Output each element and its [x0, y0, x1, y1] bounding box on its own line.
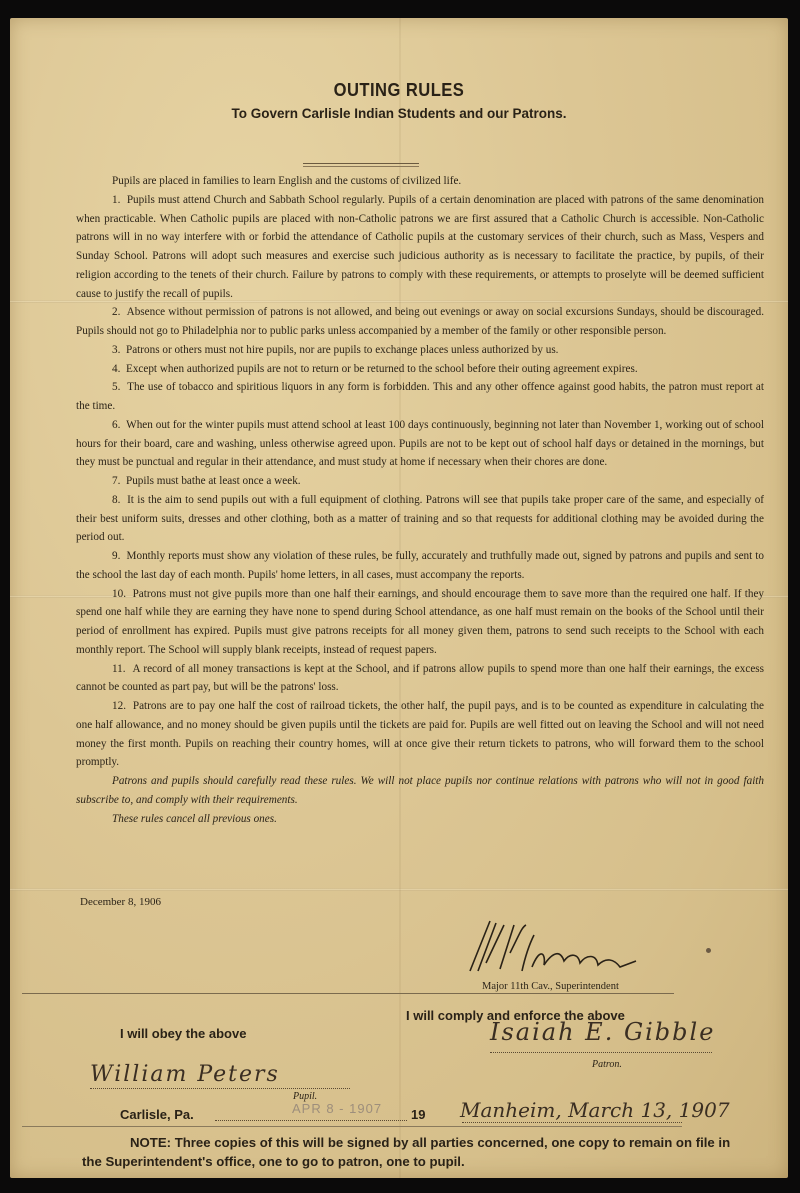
rule-number: 1.	[112, 194, 120, 206]
rule-text: Monthly reports must show any violation …	[76, 550, 764, 581]
rule-text: It is the aim to send pupils out with a …	[76, 494, 764, 544]
pupil-signature-line	[90, 1088, 350, 1089]
patron-signature-line	[490, 1052, 712, 1053]
rule-text: Patrons must not give pupils more than o…	[76, 588, 764, 656]
rule-number: 5.	[112, 381, 120, 393]
patron-label: Patron.	[592, 1059, 622, 1070]
rule-item: 5. The use of tobacco and spiritious liq…	[76, 378, 764, 416]
rule-number: 10.	[112, 588, 126, 600]
date-stamp: APR 8 - 1907	[292, 1101, 382, 1116]
rule-number: 12.	[112, 700, 126, 712]
pupil-signature: William Peters	[90, 1062, 280, 1087]
rule-text: Pupils must bathe at least once a week.	[126, 475, 301, 487]
rule-text: When out for the winter pupils must atte…	[76, 419, 764, 469]
rule-item: 3. Patrons or others must not hire pupil…	[76, 341, 764, 360]
rule-number: 7.	[112, 475, 120, 487]
rule-text: Patrons or others must not hire pupils, …	[126, 344, 559, 356]
rule-item: 9. Monthly reports must show any violati…	[76, 547, 764, 585]
rule-text: A record of all money transactions is ke…	[76, 663, 764, 694]
intro-paragraph: Pupils are placed in families to learn E…	[76, 172, 764, 191]
obey-heading: I will obey the above	[120, 1026, 246, 1041]
date-line	[215, 1120, 407, 1121]
rule-item: 11. A record of all money transactions i…	[76, 660, 764, 698]
rules-body: Pupils are placed in families to learn E…	[76, 172, 764, 828]
paper-spot	[706, 948, 711, 953]
rule-text: Absence without permission of patrons is…	[76, 306, 764, 337]
rule-text: Pupils must attend Church and Sabbath Sc…	[76, 194, 764, 300]
rule-number: 11.	[112, 663, 126, 675]
place-printed: Carlisle, Pa.	[120, 1107, 194, 1122]
cancel-note: These rules cancel all previous ones.	[76, 810, 764, 829]
rule-number: 4.	[112, 363, 120, 375]
document-paper: OUTING RULES To Govern Carlisle Indian S…	[10, 18, 788, 1178]
rule-number: 3.	[112, 344, 120, 356]
superintendent-signature	[460, 913, 650, 983]
rule-item: 8. It is the aim to send pupils out with…	[76, 491, 764, 547]
document-date: December 8, 1906	[80, 896, 161, 908]
patron-signature: Isaiah E. Gibble	[490, 1018, 715, 1046]
rule-text: Except when authorized pupils are not to…	[126, 363, 638, 375]
signature-divider	[22, 993, 674, 994]
rule-text: The use of tobacco and spiritious liquor…	[76, 381, 764, 412]
rule-item: 10. Patrons must not give pupils more th…	[76, 585, 764, 660]
year-prefix: 19	[411, 1107, 425, 1122]
rules-list: 1. Pupils must attend Church and Sabbath…	[76, 191, 764, 772]
rule-item: 6. When out for the winter pupils must a…	[76, 416, 764, 472]
superintendent-title: Major 11th Cav., Superintendent	[482, 981, 619, 992]
note-text: NOTE: Three copies of this will be signe…	[82, 1133, 746, 1171]
rule-number: 2.	[112, 306, 120, 318]
place-date-line	[462, 1122, 682, 1123]
rule-number: 8.	[112, 494, 120, 506]
document-title: OUTING RULES	[41, 80, 757, 101]
title-rule	[303, 163, 419, 164]
note-divider	[22, 1126, 682, 1127]
rule-item: 4. Except when authorized pupils are not…	[76, 360, 764, 379]
closing-paragraph: Patrons and pupils should carefully read…	[76, 772, 764, 810]
rule-number: 6.	[112, 419, 120, 431]
document-subtitle: To Govern Carlisle Indian Students and o…	[10, 106, 788, 121]
rule-number: 9.	[112, 550, 120, 562]
rule-item: 2. Absence without permission of patrons…	[76, 303, 764, 341]
rule-item: 1. Pupils must attend Church and Sabbath…	[76, 191, 764, 304]
rule-item: 12. Patrons are to pay one half the cost…	[76, 697, 764, 772]
rule-item: 7. Pupils must bathe at least once a wee…	[76, 472, 764, 491]
patron-place-date: Manheim, March 13, 1907	[460, 1098, 730, 1122]
title-rule	[303, 166, 419, 167]
rule-text: Patrons are to pay one half the cost of …	[76, 700, 764, 768]
